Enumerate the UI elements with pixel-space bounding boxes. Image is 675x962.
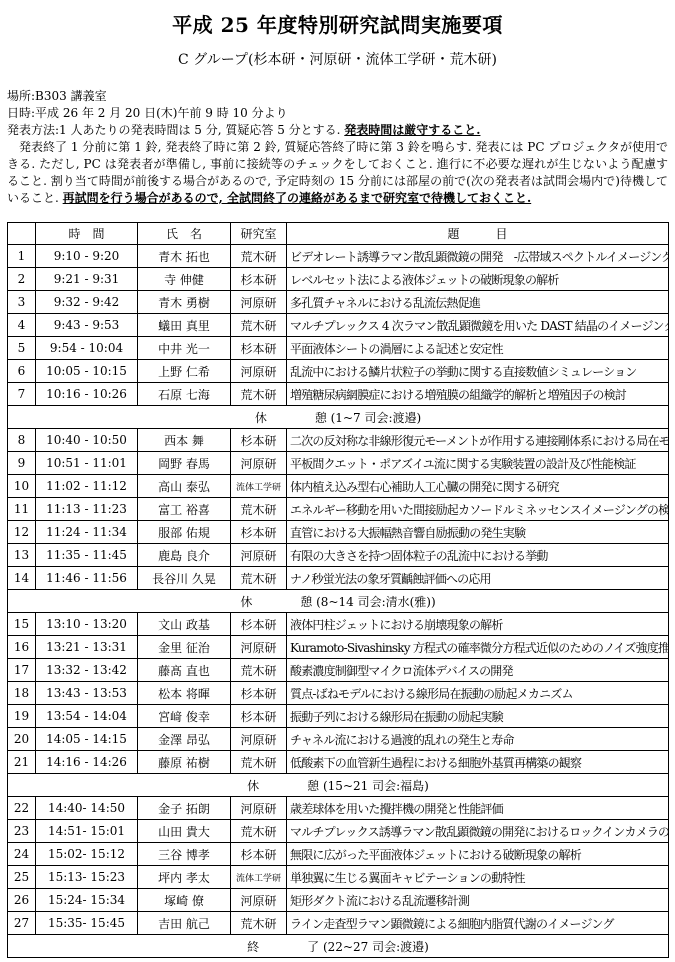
name-cell: 金澤 昂弘 [138,728,231,751]
lab-cell: 杉本研 [231,429,287,452]
time-cell: 9:21 - 9:31 [36,268,138,291]
table-row: 2415:02- 15:12三谷 博孝杉本研無限に広がった平面液体ジェットにおけ… [8,843,669,866]
table-row: 1311:35 - 11:45鹿島 良介河原研有限の大きさを持つ固体粒子の乱流中… [8,544,669,567]
break-row: 休 憩 (8~14 司会:清水(雅)) [8,590,669,613]
table-row: 2515:13- 15:23坪内 孝太流体工学研単独翼に生じる翼面キャビテーショ… [8,866,669,889]
lab-cell: 荒木研 [231,751,287,774]
row-number-cell: 10 [8,475,36,498]
lab-cell: 荒木研 [231,383,287,406]
table-row: 1411:46 - 11:56長谷川 久晃荒木研ナノ秒蛍光法の象牙質齲蝕評価への… [8,567,669,590]
title-cell: マルチプレックス誘導ラマン散乱顕微鏡の開発におけるロックインカメラの基礎特性評価 [287,820,669,843]
row-number-cell: 5 [8,337,36,360]
name-cell: 山田 貴大 [138,820,231,843]
title-cell: Kuramoto-Sivashinsky 方程式の確率微分方程式近似のためのノイ… [287,636,669,659]
name-cell: 鹿島 良介 [138,544,231,567]
header-lab: 研究室 [231,223,287,245]
time-cell: 15:24- 15:34 [36,889,138,912]
location-line: 場所:B303 講義室 [7,88,668,105]
lab-cell: 荒木研 [231,245,287,268]
info-block: 場所:B303 講義室 日時:平成 26 年 2 月 20 日(木)午前 9 時… [7,88,668,207]
table-row: 1913:54 - 14:04宮﨑 俊幸杉本研振動子列における線形局在振動の励起… [8,705,669,728]
lab-cell: 荒木研 [231,820,287,843]
row-number-cell: 8 [8,429,36,452]
name-cell: 三谷 博孝 [138,843,231,866]
time-cell: 13:32 - 13:42 [36,659,138,682]
break-label: 終 了 (22~27 司会:渡邉) [8,935,669,958]
time-cell: 11:35 - 11:45 [36,544,138,567]
time-cell: 15:13- 15:23 [36,866,138,889]
break-label: 休 憩 (1~7 司会:渡邉) [8,406,669,429]
title-cell: 振動子列における線形局在振動の励起実験 [287,705,669,728]
time-cell: 10:51 - 11:01 [36,452,138,475]
title-cell: 無限に広がった平面液体ジェットにおける破断現象の解析 [287,843,669,866]
lab-cell: 荒木研 [231,314,287,337]
table-row: 2314:51- 15:01山田 貴大荒木研マルチプレックス誘導ラマン散乱顕微鏡… [8,820,669,843]
lab-cell: 河原研 [231,636,287,659]
lab-cell: 河原研 [231,797,287,820]
lab-cell: 杉本研 [231,682,287,705]
lab-cell: 河原研 [231,452,287,475]
title-cell: 質点-ばねモデルにおける線形局在振動の励起メカニズム [287,682,669,705]
table-row: 2615:24- 15:34塚崎 僚河原研矩形ダクト流における乱流遷移計測 [8,889,669,912]
row-number-cell: 25 [8,866,36,889]
time-cell: 9:43 - 9:53 [36,314,138,337]
title-cell: 単独翼に生じる翼面キャビテーションの動特性 [287,866,669,889]
row-number-cell: 20 [8,728,36,751]
table-row: 59:54 - 10:04中井 光一杉本研平面液体シートの渦層による記述と安定性 [8,337,669,360]
table-row: 1813:43 - 13:53松本 将暉杉本研質点-ばねモデルにおける線形局在振… [8,682,669,705]
lab-cell: 杉本研 [231,843,287,866]
row-number-cell: 14 [8,567,36,590]
name-cell: 宮﨑 俊幸 [138,705,231,728]
row-number-cell: 7 [8,383,36,406]
time-cell: 9:54 - 10:04 [36,337,138,360]
time-cell: 11:13 - 11:23 [36,498,138,521]
table-row: 29:21 - 9:31寺 伸健杉本研レベルセット法による液体ジェットの破断現象… [8,268,669,291]
row-number-cell: 2 [8,268,36,291]
lab-cell: 杉本研 [231,337,287,360]
name-cell: 藤原 祐樹 [138,751,231,774]
title-cell: 平板間クエット・ポアズイユ流に関する実験装置の設計及び性能検証 [287,452,669,475]
lab-cell: 河原研 [231,544,287,567]
title-cell: 歳差球体を用いた攪拌機の開発と性能評価 [287,797,669,820]
row-number-cell: 17 [8,659,36,682]
break-label: 休 憩 (8~14 司会:清水(雅)) [8,590,669,613]
time-cell: 9:32 - 9:42 [36,291,138,314]
name-cell: 上野 仁希 [138,360,231,383]
name-cell: 長谷川 久晃 [138,567,231,590]
time-cell: 14:05 - 14:15 [36,728,138,751]
name-cell: 服部 佑規 [138,521,231,544]
table-row: 1211:24 - 11:34服部 佑規杉本研直管における大振幅熱音響自励振動の… [8,521,669,544]
table-row: 19:10 - 9:20青木 拓也荒木研ビデオレート誘導ラマン散乱顕微鏡の開発 … [8,245,669,268]
title-cell: ビデオレート誘導ラマン散乱顕微鏡の開発 -広帯域スペクトルイメージングに向けて- [287,245,669,268]
row-number-cell: 13 [8,544,36,567]
lab-cell: 流体工学研 [231,866,287,889]
table-row: 910:51 - 11:01岡野 春馬河原研平板間クエット・ポアズイユ流に関する… [8,452,669,475]
title-cell: 有限の大きさを持つ固体粒子の乱流中における挙動 [287,544,669,567]
time-cell: 10:40 - 10:50 [36,429,138,452]
title-cell: マルチプレックス 4 次ラマン散乱顕微鏡を用いた DAST 結晶のイメージング [287,314,669,337]
method-emphasis: 発表時間は厳守すること. [344,123,480,137]
row-number-cell: 18 [8,682,36,705]
title-cell: 二次の反対称な非線形復元モーメントが作用する連接剛体系における局在モード [287,429,669,452]
row-number-cell: 16 [8,636,36,659]
title-cell: 増殖糖尿病網膜症における増殖膜の組織学的解析と増殖因子の検討 [287,383,669,406]
row-number-cell: 4 [8,314,36,337]
title-cell: 体内植え込み型右心補助人工心臓の開発に関する研究 [287,475,669,498]
document-title: 平成 25 年度特別研究試問実施要項 [7,6,668,38]
lab-cell: 杉本研 [231,521,287,544]
title-cell: ライン走査型ラマン顕微鏡による細胞内脂質代謝のイメージング [287,912,669,935]
break-row: 終 了 (22~27 司会:渡邉) [8,935,669,958]
time-cell: 10:05 - 10:15 [36,360,138,383]
lab-cell: 荒木研 [231,498,287,521]
row-number-cell: 19 [8,705,36,728]
name-cell: 吉田 航己 [138,912,231,935]
name-cell: 西本 舞 [138,429,231,452]
title-cell: 直管における大振幅熱音響自励振動の発生実験 [287,521,669,544]
title-cell: エネルギー移動を用いた間接励起カソードルミネッセンスイメージングの検討 [287,498,669,521]
method-text: 発表方法:1 人あたりの発表時間は 5 分, 質疑応答 5 分とする. [7,123,344,137]
name-cell: 金子 拓朗 [138,797,231,820]
name-cell: 坪内 孝太 [138,866,231,889]
row-number-cell: 9 [8,452,36,475]
lab-cell: 荒木研 [231,659,287,682]
time-cell: 13:10 - 13:20 [36,613,138,636]
name-cell: 岡野 春馬 [138,452,231,475]
table-row: 1011:02 - 11:12高山 泰弘流体工学研体内植え込み型右心補助人工心臓… [8,475,669,498]
time-cell: 11:46 - 11:56 [36,567,138,590]
time-cell: 14:40- 14:50 [36,797,138,820]
title-cell: 乱流中における鱗片状粒子の挙動に関する直接数値シミュレーション [287,360,669,383]
row-number-cell: 24 [8,843,36,866]
title-cell: 酸素濃度制御型マイクロ流体デバイスの開発 [287,659,669,682]
name-cell: 塚崎 僚 [138,889,231,912]
header-time: 時 間 [36,223,138,245]
lab-cell: 流体工学研 [231,475,287,498]
time-cell: 14:51- 15:01 [36,820,138,843]
document-page: 平成 25 年度特別研究試問実施要項 C グループ(杉本研・河原研・流体工学研・… [0,0,675,962]
row-number-cell: 15 [8,613,36,636]
name-cell: 富工 裕喜 [138,498,231,521]
title-cell: 液体円柱ジェットにおける崩壊現象の解析 [287,613,669,636]
break-row: 休 憩 (15~21 司会:福島) [8,774,669,797]
lab-cell: 杉本研 [231,268,287,291]
row-number-cell: 22 [8,797,36,820]
row-number-cell: 1 [8,245,36,268]
lab-cell: 河原研 [231,889,287,912]
title-cell: ナノ秒蛍光法の象牙質齲蝕評価への応用 [287,567,669,590]
time-cell: 10:16 - 10:26 [36,383,138,406]
lab-cell: 杉本研 [231,705,287,728]
time-cell: 15:35- 15:45 [36,912,138,935]
lab-cell: 河原研 [231,291,287,314]
header-name: 氏 名 [138,223,231,245]
row-number-cell: 23 [8,820,36,843]
method-line: 発表方法:1 人あたりの発表時間は 5 分, 質疑応答 5 分とする. 発表時間… [7,122,668,139]
row-number-cell: 27 [8,912,36,935]
name-cell: 青木 拓也 [138,245,231,268]
document-subtitle: C グループ(杉本研・河原研・流体工学研・荒木研) [7,49,668,69]
time-cell: 14:16 - 14:26 [36,751,138,774]
table-row: 610:05 - 10:15上野 仁希河原研乱流中における鱗片状粒子の挙動に関す… [8,360,669,383]
time-cell: 9:10 - 9:20 [36,245,138,268]
break-row: 休 憩 (1~7 司会:渡邉) [8,406,669,429]
table-row: 2014:05 - 14:15金澤 昂弘河原研チャネル流における過渡的乱れの発生… [8,728,669,751]
title-cell: 低酸素下の血管新生過程における細胞外基質再構築の観察 [287,751,669,774]
title-cell: 矩形ダクト流における乱流遷移計測 [287,889,669,912]
name-cell: 青木 勇樹 [138,291,231,314]
time-cell: 11:24 - 11:34 [36,521,138,544]
table-row: 2214:40- 14:50金子 拓朗河原研歳差球体を用いた攪拌機の開発と性能評… [8,797,669,820]
name-cell: 蟻田 真里 [138,314,231,337]
title-cell: レベルセット法による液体ジェットの破断現象の解析 [287,268,669,291]
header-no [8,223,36,245]
time-cell: 13:21 - 13:31 [36,636,138,659]
table-row: 1613:21 - 13:31金里 征治河原研Kuramoto-Sivashin… [8,636,669,659]
schedule-table: 時 間 氏 名 研究室 題 目 19:10 - 9:20青木 拓也荒木研ビデオレ… [7,222,669,958]
lab-cell: 荒木研 [231,912,287,935]
name-cell: 石原 七海 [138,383,231,406]
row-number-cell: 11 [8,498,36,521]
time-cell: 15:02- 15:12 [36,843,138,866]
title-cell: 平面液体シートの渦層による記述と安定性 [287,337,669,360]
lab-cell: 河原研 [231,360,287,383]
table-row: 1513:10 - 13:20文山 政基杉本研液体円柱ジェットにおける崩壊現象の… [8,613,669,636]
row-number-cell: 26 [8,889,36,912]
method-body-emphasis: 再試問を行う場合があるので, 全試問終了の連絡があるまで研究室で待機しておくこと… [63,191,532,205]
row-number-cell: 12 [8,521,36,544]
table-row: 1111:13 - 11:23富工 裕喜荒木研エネルギー移動を用いた間接励起カソ… [8,498,669,521]
name-cell: 藤髙 直也 [138,659,231,682]
row-number-cell: 21 [8,751,36,774]
header-row: 時 間 氏 名 研究室 題 目 [8,223,669,245]
time-cell: 11:02 - 11:12 [36,475,138,498]
table-row: 39:32 - 9:42青木 勇樹河原研多孔質チャネルにおける乱流伝熱促進 [8,291,669,314]
table-row: 710:16 - 10:26石原 七海荒木研増殖糖尿病網膜症における増殖膜の組織… [8,383,669,406]
method-paragraph: 発表終了 1 分前に第 1 鈴, 発表終了時に第 2 鈴, 質疑応答終了時に第 … [7,139,668,207]
break-label: 休 憩 (15~21 司会:福島) [8,774,669,797]
row-number-cell: 6 [8,360,36,383]
name-cell: 中井 光一 [138,337,231,360]
table-row: 1713:32 - 13:42藤髙 直也荒木研酸素濃度制御型マイクロ流体デバイス… [8,659,669,682]
table-row: 2715:35- 15:45吉田 航己荒木研ライン走査型ラマン顕微鏡による細胞内… [8,912,669,935]
title-cell: 多孔質チャネルにおける乱流伝熱促進 [287,291,669,314]
name-cell: 松本 将暉 [138,682,231,705]
time-cell: 13:54 - 14:04 [36,705,138,728]
lab-cell: 荒木研 [231,567,287,590]
datetime-line: 日時:平成 26 年 2 月 20 日(木)午前 9 時 10 分より [7,105,668,122]
title-cell: チャネル流における過渡的乱れの発生と寿命 [287,728,669,751]
header-title: 題 目 [287,223,669,245]
table-row: 49:43 - 9:53蟻田 真里荒木研マルチプレックス 4 次ラマン散乱顕微鏡… [8,314,669,337]
name-cell: 金里 征治 [138,636,231,659]
lab-cell: 河原研 [231,728,287,751]
name-cell: 寺 伸健 [138,268,231,291]
row-number-cell: 3 [8,291,36,314]
time-cell: 13:43 - 13:53 [36,682,138,705]
name-cell: 高山 泰弘 [138,475,231,498]
lab-cell: 杉本研 [231,613,287,636]
table-row: 810:40 - 10:50西本 舞杉本研二次の反対称な非線形復元モーメントが作… [8,429,669,452]
name-cell: 文山 政基 [138,613,231,636]
table-row: 2114:16 - 14:26藤原 祐樹荒木研低酸素下の血管新生過程における細胞… [8,751,669,774]
